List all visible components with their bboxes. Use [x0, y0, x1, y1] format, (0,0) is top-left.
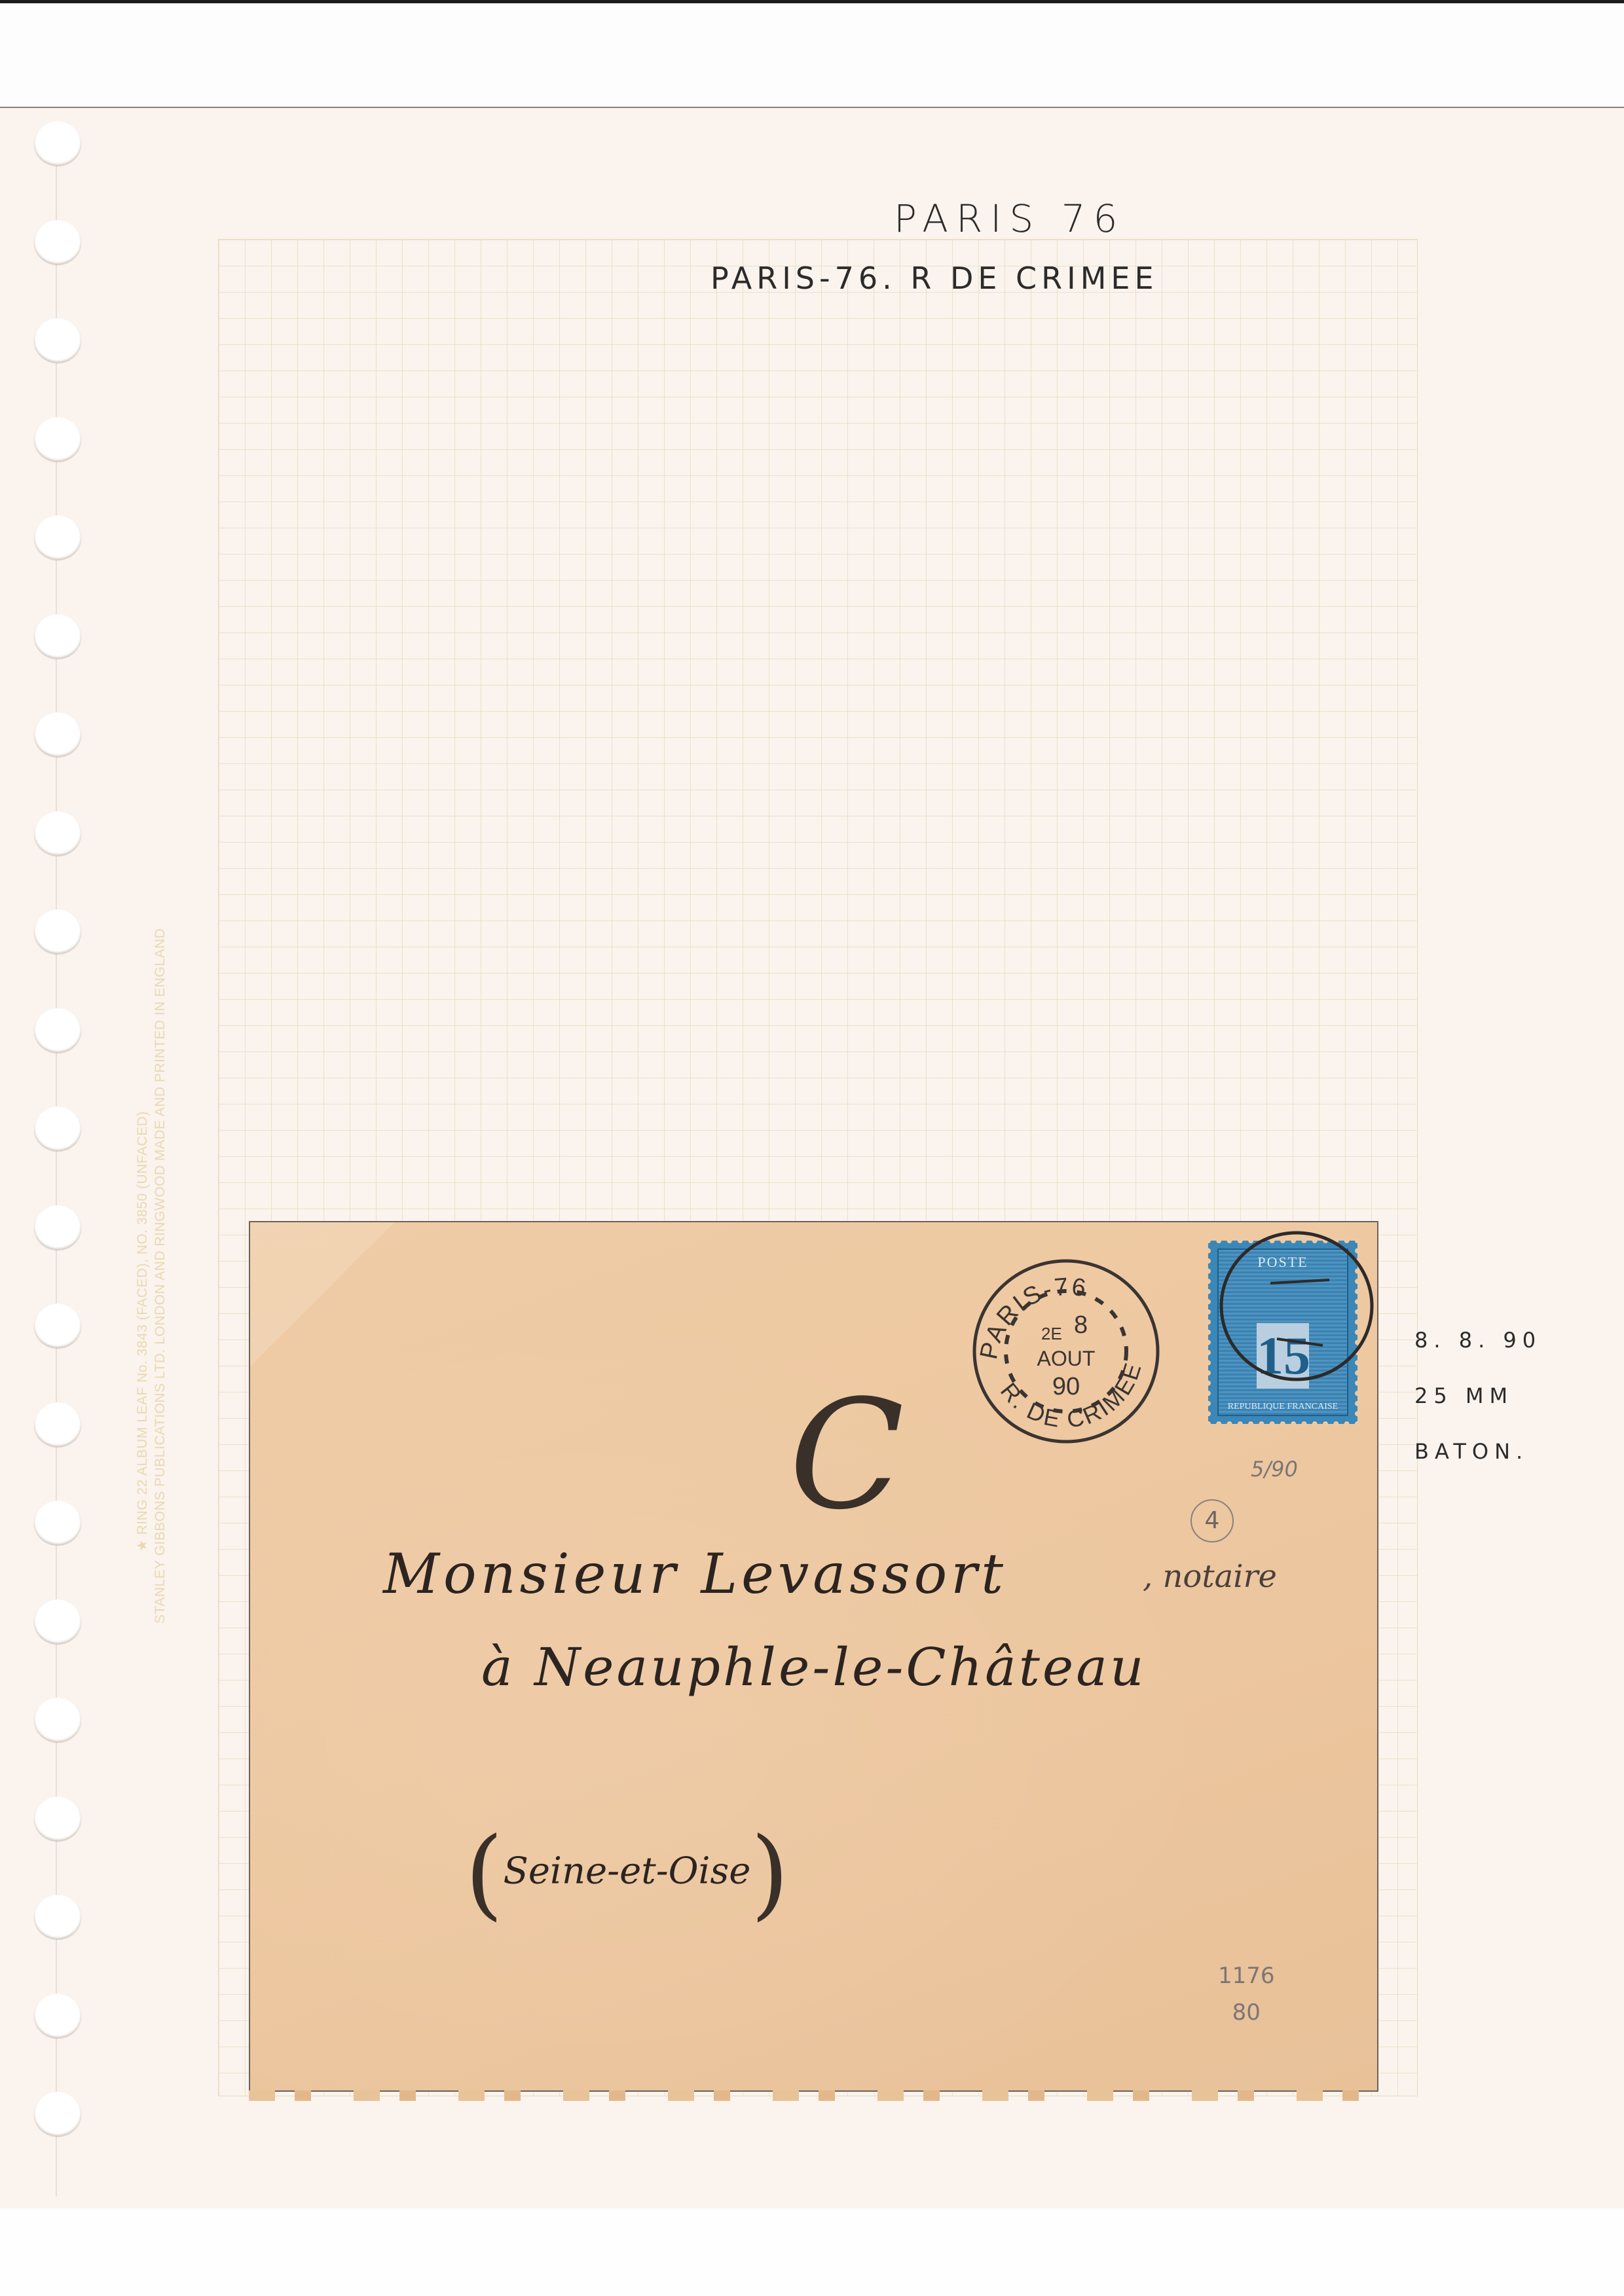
address-flourish-initial: C — [789, 1368, 904, 1543]
side-notes: 8. 8. 90 25 MM BATON. — [1414, 1313, 1541, 1480]
binder-hole — [34, 909, 81, 954]
department-name: Seine-et-Oise — [504, 1850, 751, 1893]
binder-hole — [34, 712, 81, 757]
scan-background-bottom — [0, 2210, 1624, 2296]
addressee-name: Monsieur Levassort — [383, 1542, 1007, 1606]
pencil-price-value: 80 — [1218, 1994, 1275, 2031]
addressee-title: , notaire — [1143, 1558, 1277, 1595]
imprint-line-2: STANLEY GIBBONS PUBLICATIONS LTD. LONDON… — [153, 928, 168, 1624]
address-town: à Neauphle-le-Château — [481, 1637, 1146, 1698]
scan-background-top — [0, 3, 1624, 108]
page-subtitle: PARIS-76. R DE CRIMEE — [710, 261, 1158, 296]
note-type: BATON. — [1414, 1424, 1541, 1480]
postmark-day: 8 — [1074, 1311, 1088, 1339]
note-date: 8. 8. 90 — [1414, 1313, 1541, 1368]
binder-hole — [34, 614, 81, 659]
binder-hole — [34, 1895, 81, 1939]
envelope-torn-edge — [249, 2090, 1378, 2101]
pencil-catalogue-price: 1176 80 — [1218, 1958, 1275, 2031]
imprint-line-1: ★ RING 22 ALBUM LEAF No. 3843 (FACED), N… — [134, 1111, 151, 1552]
postmark-year: 90 — [1052, 1373, 1080, 1400]
pencil-catalogue-number: 1176 — [1218, 1958, 1275, 1994]
binder-hole — [34, 417, 81, 462]
binder-hole — [34, 1599, 81, 1644]
binder-hole — [34, 1205, 81, 1250]
binder-hole — [34, 1501, 81, 1545]
binder-hole — [34, 2092, 81, 2136]
publisher-imprint: ★ RING 22 ALBUM LEAF No. 3843 (FACED), N… — [134, 773, 154, 1558]
postmark-cds: PARIS-76 R. DE CRIMEE 2E 8 AOUT 90 — [970, 1256, 1162, 1447]
binder-hole — [34, 1106, 81, 1151]
binder-hole — [34, 318, 81, 363]
binder-hole — [34, 121, 81, 166]
binder-hole — [34, 1994, 81, 2038]
binder-hole — [34, 1402, 81, 1447]
address-department: (Seine-et-Oise) — [465, 1817, 789, 1931]
stamp-cancellation — [1198, 1224, 1395, 1421]
binder-hole — [34, 1698, 81, 1742]
page-title: PARIS 76 — [894, 196, 1125, 241]
postmark-time: 2E — [1041, 1324, 1062, 1343]
binder-hole — [34, 1008, 81, 1053]
note-size: 25 MM — [1414, 1368, 1541, 1424]
binder-hole — [34, 1303, 81, 1348]
pencil-reference: 5/90 — [1251, 1457, 1298, 1482]
pencil-circled-number: 4 — [1190, 1499, 1234, 1542]
binder-hole — [34, 515, 81, 560]
binder-hole — [34, 220, 81, 264]
postmark-month: AOUT — [1037, 1347, 1096, 1370]
binder-hole — [34, 811, 81, 856]
binder-hole — [34, 1796, 81, 1841]
